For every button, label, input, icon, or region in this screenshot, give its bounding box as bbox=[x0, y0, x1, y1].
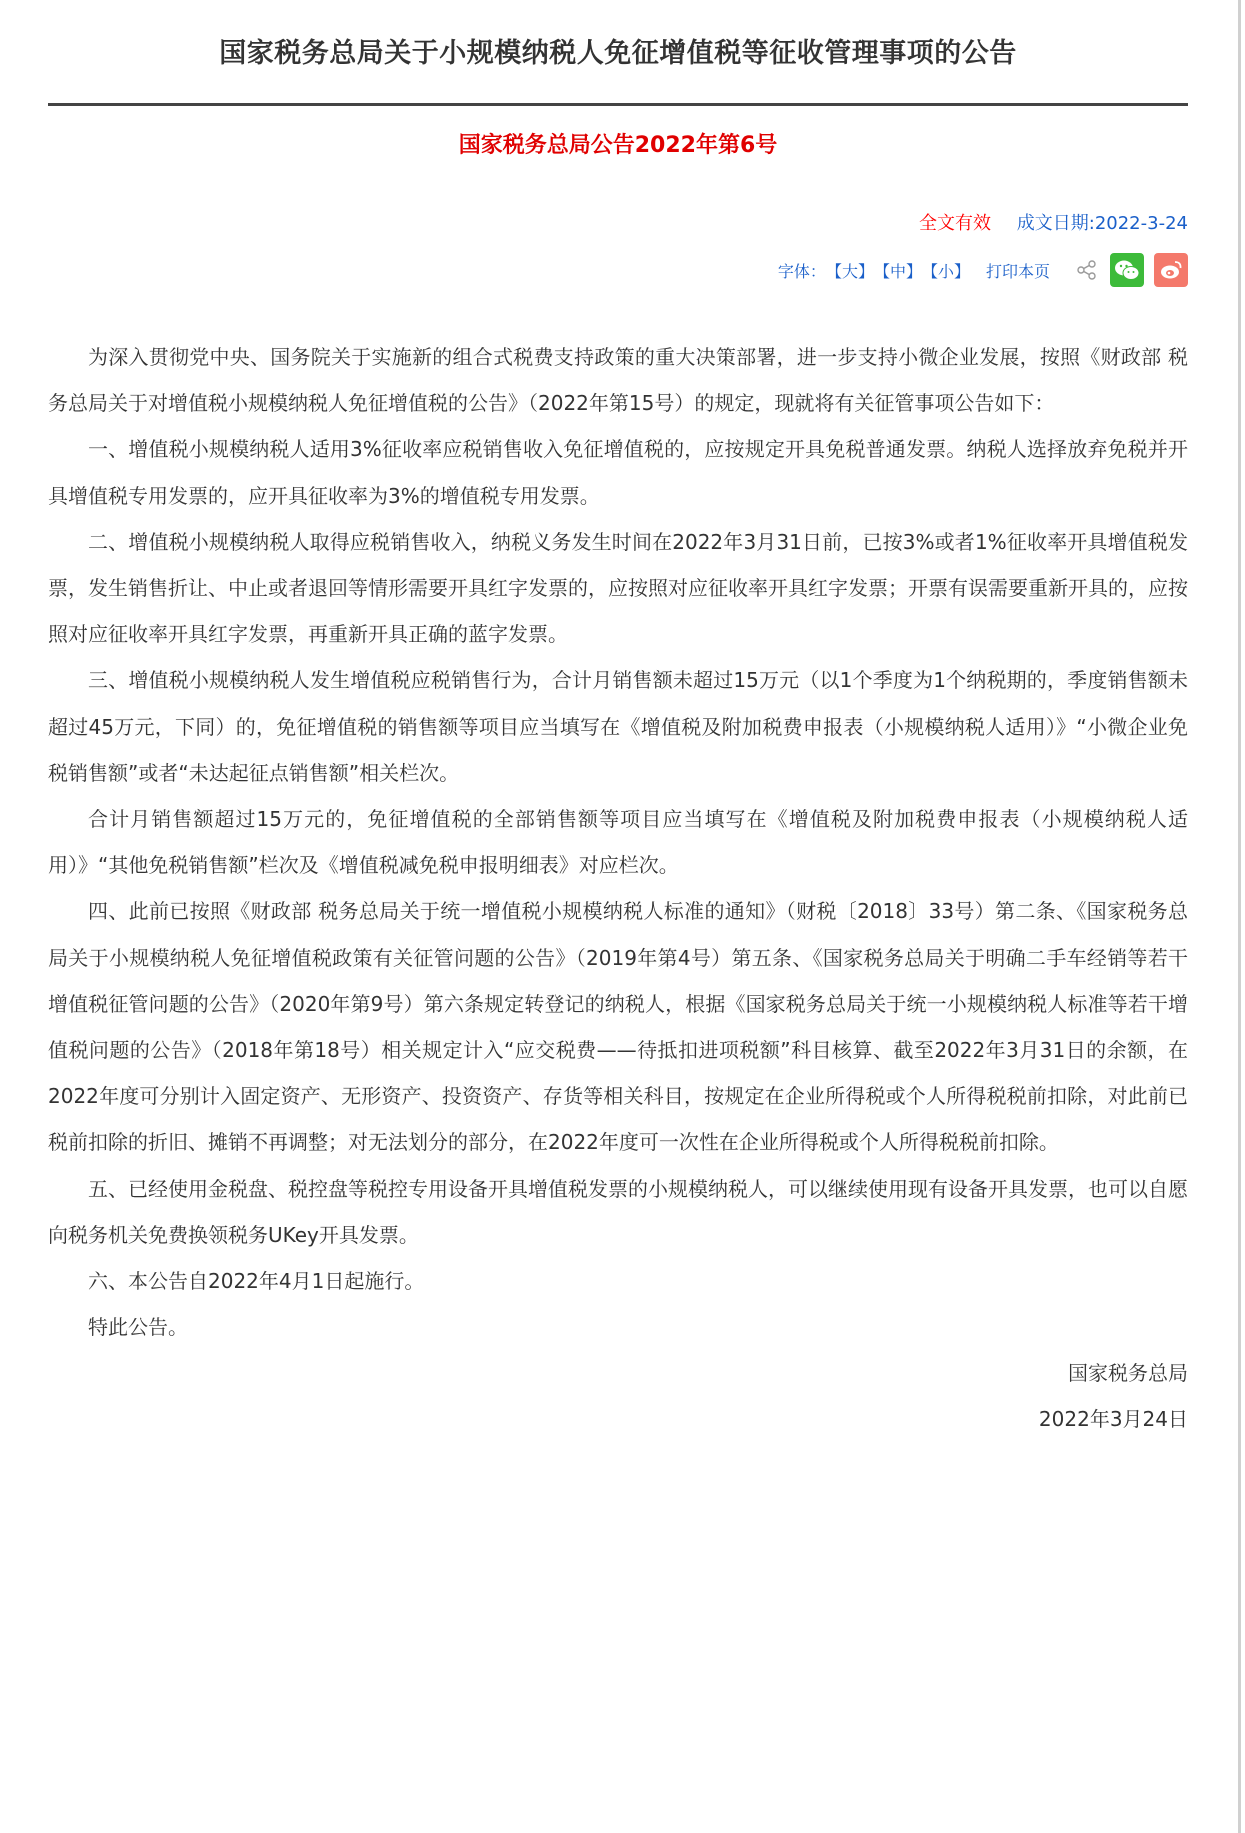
weibo-icon bbox=[1159, 259, 1183, 281]
paragraph-item-3-cont: 合计月销售额超过15万元的，免征增值税的全部销售额等项目应当填写在《增值税及附加… bbox=[48, 796, 1188, 888]
signature-date: 2022年3月24日 bbox=[48, 1396, 1188, 1442]
paragraph-intro: 为深入贯彻党中央、国务院关于实施新的组合式税费支持政策的重大决策部署，进一步支持… bbox=[48, 334, 1188, 426]
page-edge-divider bbox=[1238, 0, 1241, 1833]
document-number: 国家税务总局公告2022年第6号 bbox=[48, 130, 1188, 162]
paragraph-item-3: 三、增值税小规模纳税人发生增值税应税销售行为，合计月销售额未超过15万元（以1个… bbox=[48, 657, 1188, 796]
paragraph-item-4: 四、此前已按照《财政部 税务总局关于统一增值税小规模纳税人标准的通知》（财税〔2… bbox=[48, 888, 1188, 1165]
signature-issuer: 国家税务总局 bbox=[48, 1350, 1188, 1396]
article-container: 国家税务总局关于小规模纳税人免征增值税等征收管理事项的公告 国家税务总局公告20… bbox=[48, 0, 1188, 1442]
page-title: 国家税务总局关于小规模纳税人免征增值税等征收管理事项的公告 bbox=[48, 0, 1188, 74]
paragraph-item-6: 六、本公告自2022年4月1日起施行。 bbox=[48, 1258, 1188, 1304]
signature-block: 国家税务总局 2022年3月24日 bbox=[48, 1350, 1188, 1442]
print-page-button[interactable]: 打印本页 bbox=[986, 259, 1050, 282]
font-large-button[interactable]: 【大】 bbox=[826, 259, 874, 282]
article-body: 为深入贯彻党中央、国务院关于实施新的组合式税费支持政策的重大决策部署，进一步支持… bbox=[48, 334, 1188, 1350]
font-size-label: 字体： bbox=[778, 259, 826, 282]
document-meta: 全文有效 成文日期:2022-3-24 bbox=[48, 210, 1188, 238]
wechat-share-button[interactable] bbox=[1110, 253, 1144, 287]
wechat-icon bbox=[1114, 259, 1140, 281]
paragraph-item-5: 五、已经使用金税盘、税控盘等税控专用设备开具增值税发票的小规模纳税人，可以继续使… bbox=[48, 1166, 1188, 1258]
issue-date: 成文日期:2022-3-24 bbox=[1017, 213, 1188, 234]
title-divider bbox=[48, 103, 1188, 106]
share-icon[interactable] bbox=[1076, 259, 1098, 281]
paragraph-closing: 特此公告。 bbox=[48, 1304, 1188, 1350]
validity-status: 全文有效 bbox=[919, 213, 991, 234]
article-toolbar: 字体： 【大】 【中】 【小】 打印本页 bbox=[48, 252, 1188, 288]
font-medium-button[interactable]: 【中】 bbox=[874, 259, 922, 282]
font-small-button[interactable]: 【小】 bbox=[922, 259, 970, 282]
paragraph-item-2: 二、增值税小规模纳税人取得应税销售收入，纳税义务发生时间在2022年3月31日前… bbox=[48, 519, 1188, 658]
paragraph-item-1: 一、增值税小规模纳税人适用3%征收率应税销售收入免征增值税的，应按规定开具免税普… bbox=[48, 426, 1188, 518]
weibo-share-button[interactable] bbox=[1154, 253, 1188, 287]
